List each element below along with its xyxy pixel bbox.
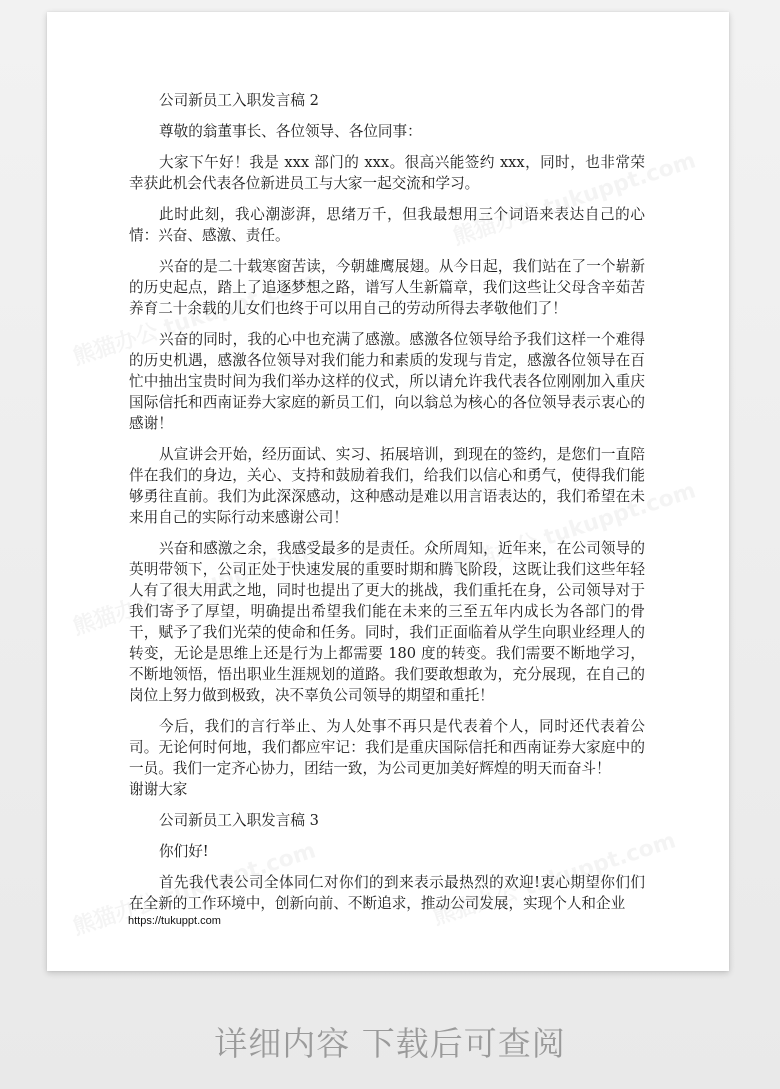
greeting: 你们好! [129,841,645,862]
section-title: 公司新员工入职发言稿 2 [129,90,645,111]
paragraph: 此时此刻，我心潮澎湃，思绪万千，但我最想用三个词语来表达自己的心情：兴奋、感激、… [129,204,645,246]
paragraph: 从宣讲会开始，经历面试、实习、拓展培训，到现在的签约，是您们一直陪伴在我们的身边… [129,444,645,528]
document-body: 公司新员工入职发言稿 2 尊敬的翁董事长、各位领导、各位同事： 大家下午好！我是… [129,90,645,924]
paragraph: 今后，我们的言行举止、为人处事不再只是代表着个人，同时还代表着公司。无论何时何地… [129,716,645,779]
document-page: 熊猫办公 tukuppt.com 熊猫办公 tukuppt.com 熊猫办公 t… [47,12,729,971]
section-title: 公司新员工入职发言稿 3 [129,810,645,831]
paragraph: 大家下午好！我是 xxx 部门的 xxx。很高兴能签约 xxx，同时，也非常荣幸… [129,152,645,194]
paragraph: 兴奋和感激之余，我感受最多的是责任。众所周知，近年来，在公司领导的英明带领下，公… [129,538,645,706]
paragraph: 首先我代表公司全体同仁对你们的到来表示最热烈的欢迎!衷心期望你们们在全新的工作环… [129,872,645,914]
footer-url[interactable]: https://tukuppt.com [128,915,221,927]
paragraph: 兴奋的同时，我的心中也充满了感激。感激各位领导给予我们这样一个难得的历史机遇，感… [129,329,645,434]
salutation: 尊敬的翁董事长、各位领导、各位同事： [129,121,645,142]
closing-line: 谢谢大家 [129,779,645,800]
download-caption: 详细内容 下载后可查阅 [0,1018,780,1065]
paragraph: 兴奋的是二十载寒窗苦读，今朝雄鹰展翅。从今日起，我们站在了一个崭新的历史起点，踏… [129,256,645,319]
